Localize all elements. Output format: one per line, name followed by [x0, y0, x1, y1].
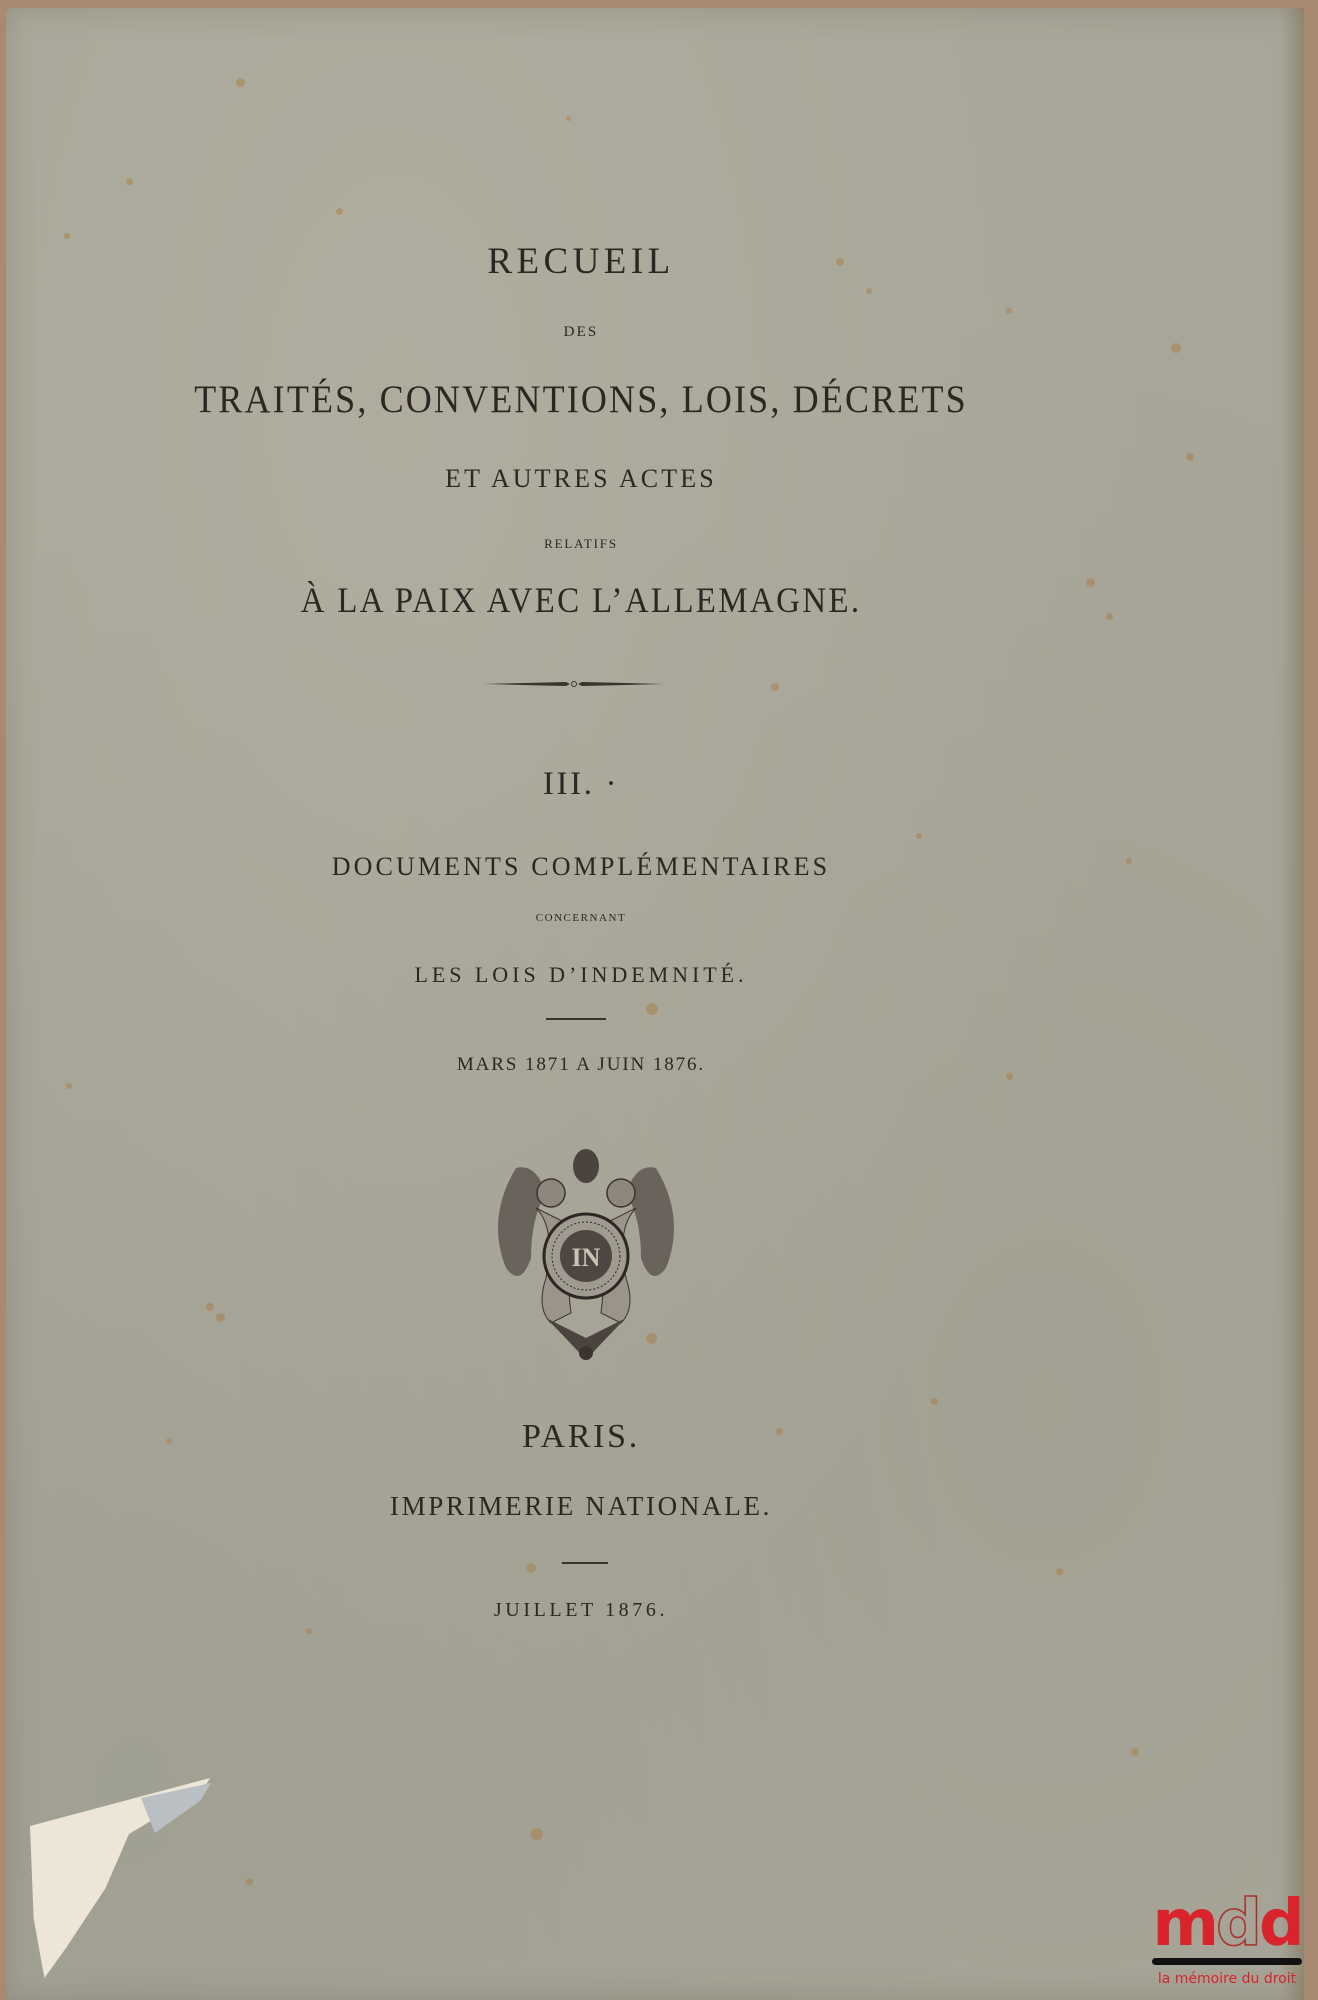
- foxing-spot: [531, 1828, 543, 1840]
- subtitle-lois-indemnite: LES LOIS D’INDEMNITÉ.: [6, 962, 1156, 988]
- imprint-publisher: IMPRIMERIE NATIONALE.: [6, 1491, 1156, 1522]
- foxing-spot: [336, 208, 343, 215]
- foxing-spot: [1171, 343, 1181, 353]
- divider-rule: [562, 1562, 608, 1564]
- title-et-autres-actes: ET AUTRES ACTES: [6, 464, 1156, 494]
- foxing-spot: [1006, 308, 1012, 314]
- imprint-date: JUILLET 1876.: [6, 1599, 1156, 1622]
- title-recueil: RECUEIL: [6, 240, 1156, 283]
- mdd-logo-icon: mdd: [1142, 1892, 1312, 1956]
- logo-caption: la mémoire du droit: [1142, 1971, 1312, 1987]
- foxing-spot: [306, 1628, 312, 1634]
- foxing-spot: [246, 1878, 253, 1885]
- svg-text:IN: IN: [572, 1243, 601, 1272]
- subtitle-documents: DOCUMENTS COMPLÉMENTAIRES: [6, 852, 1156, 882]
- foxing-spot: [216, 1313, 225, 1322]
- divider-rule: [546, 1018, 606, 1020]
- foxing-spot: [771, 683, 779, 691]
- page-edge-shadow: [1282, 8, 1304, 2000]
- foxing-spot: [126, 178, 133, 185]
- foxing-spot: [1131, 1748, 1139, 1756]
- foxing-spot: [916, 833, 922, 839]
- foxing-spot: [64, 233, 70, 239]
- title-connector-des: DES: [6, 324, 1156, 341]
- imprint-city: PARIS.: [6, 1418, 1156, 1456]
- volume-number: III. ·: [6, 766, 1156, 803]
- torn-corner-flap: [141, 1783, 211, 1833]
- foxing-spot: [206, 1303, 214, 1311]
- mdd-watermark-logo: mdd la mémoire du droit: [1142, 1888, 1312, 2000]
- foxing-spot: [566, 116, 571, 121]
- imprimerie-nationale-emblem-icon: IN: [476, 1138, 696, 1368]
- foxing-spot: [646, 1003, 658, 1015]
- subtitle-connector-concernant: CONCERNANT: [6, 912, 1156, 924]
- foxing-spot: [526, 1563, 536, 1573]
- foxing-spot: [66, 1083, 72, 1089]
- foxing-spot: [931, 1398, 938, 1405]
- title-connector-relatifs: RELATIFS: [6, 536, 1156, 552]
- date-range: MARS 1871 A JUIN 1876.: [6, 1054, 1156, 1076]
- book-cover-page: RECUEIL DES TRAITÉS, CONVENTIONS, LOIS, …: [6, 8, 1304, 2000]
- foxing-spot: [1186, 453, 1194, 461]
- foxing-spot: [236, 78, 245, 87]
- foxing-spot: [1056, 1568, 1063, 1575]
- foxing-spot: [866, 288, 872, 294]
- title-paix-allemagne: À LA PAIX AVEC L’ALLEMAGNE.: [6, 581, 1156, 622]
- ornament-divider-icon: [484, 680, 664, 688]
- title-traites: TRAITÉS, CONVENTIONS, LOIS, DÉCRETS: [6, 376, 1156, 422]
